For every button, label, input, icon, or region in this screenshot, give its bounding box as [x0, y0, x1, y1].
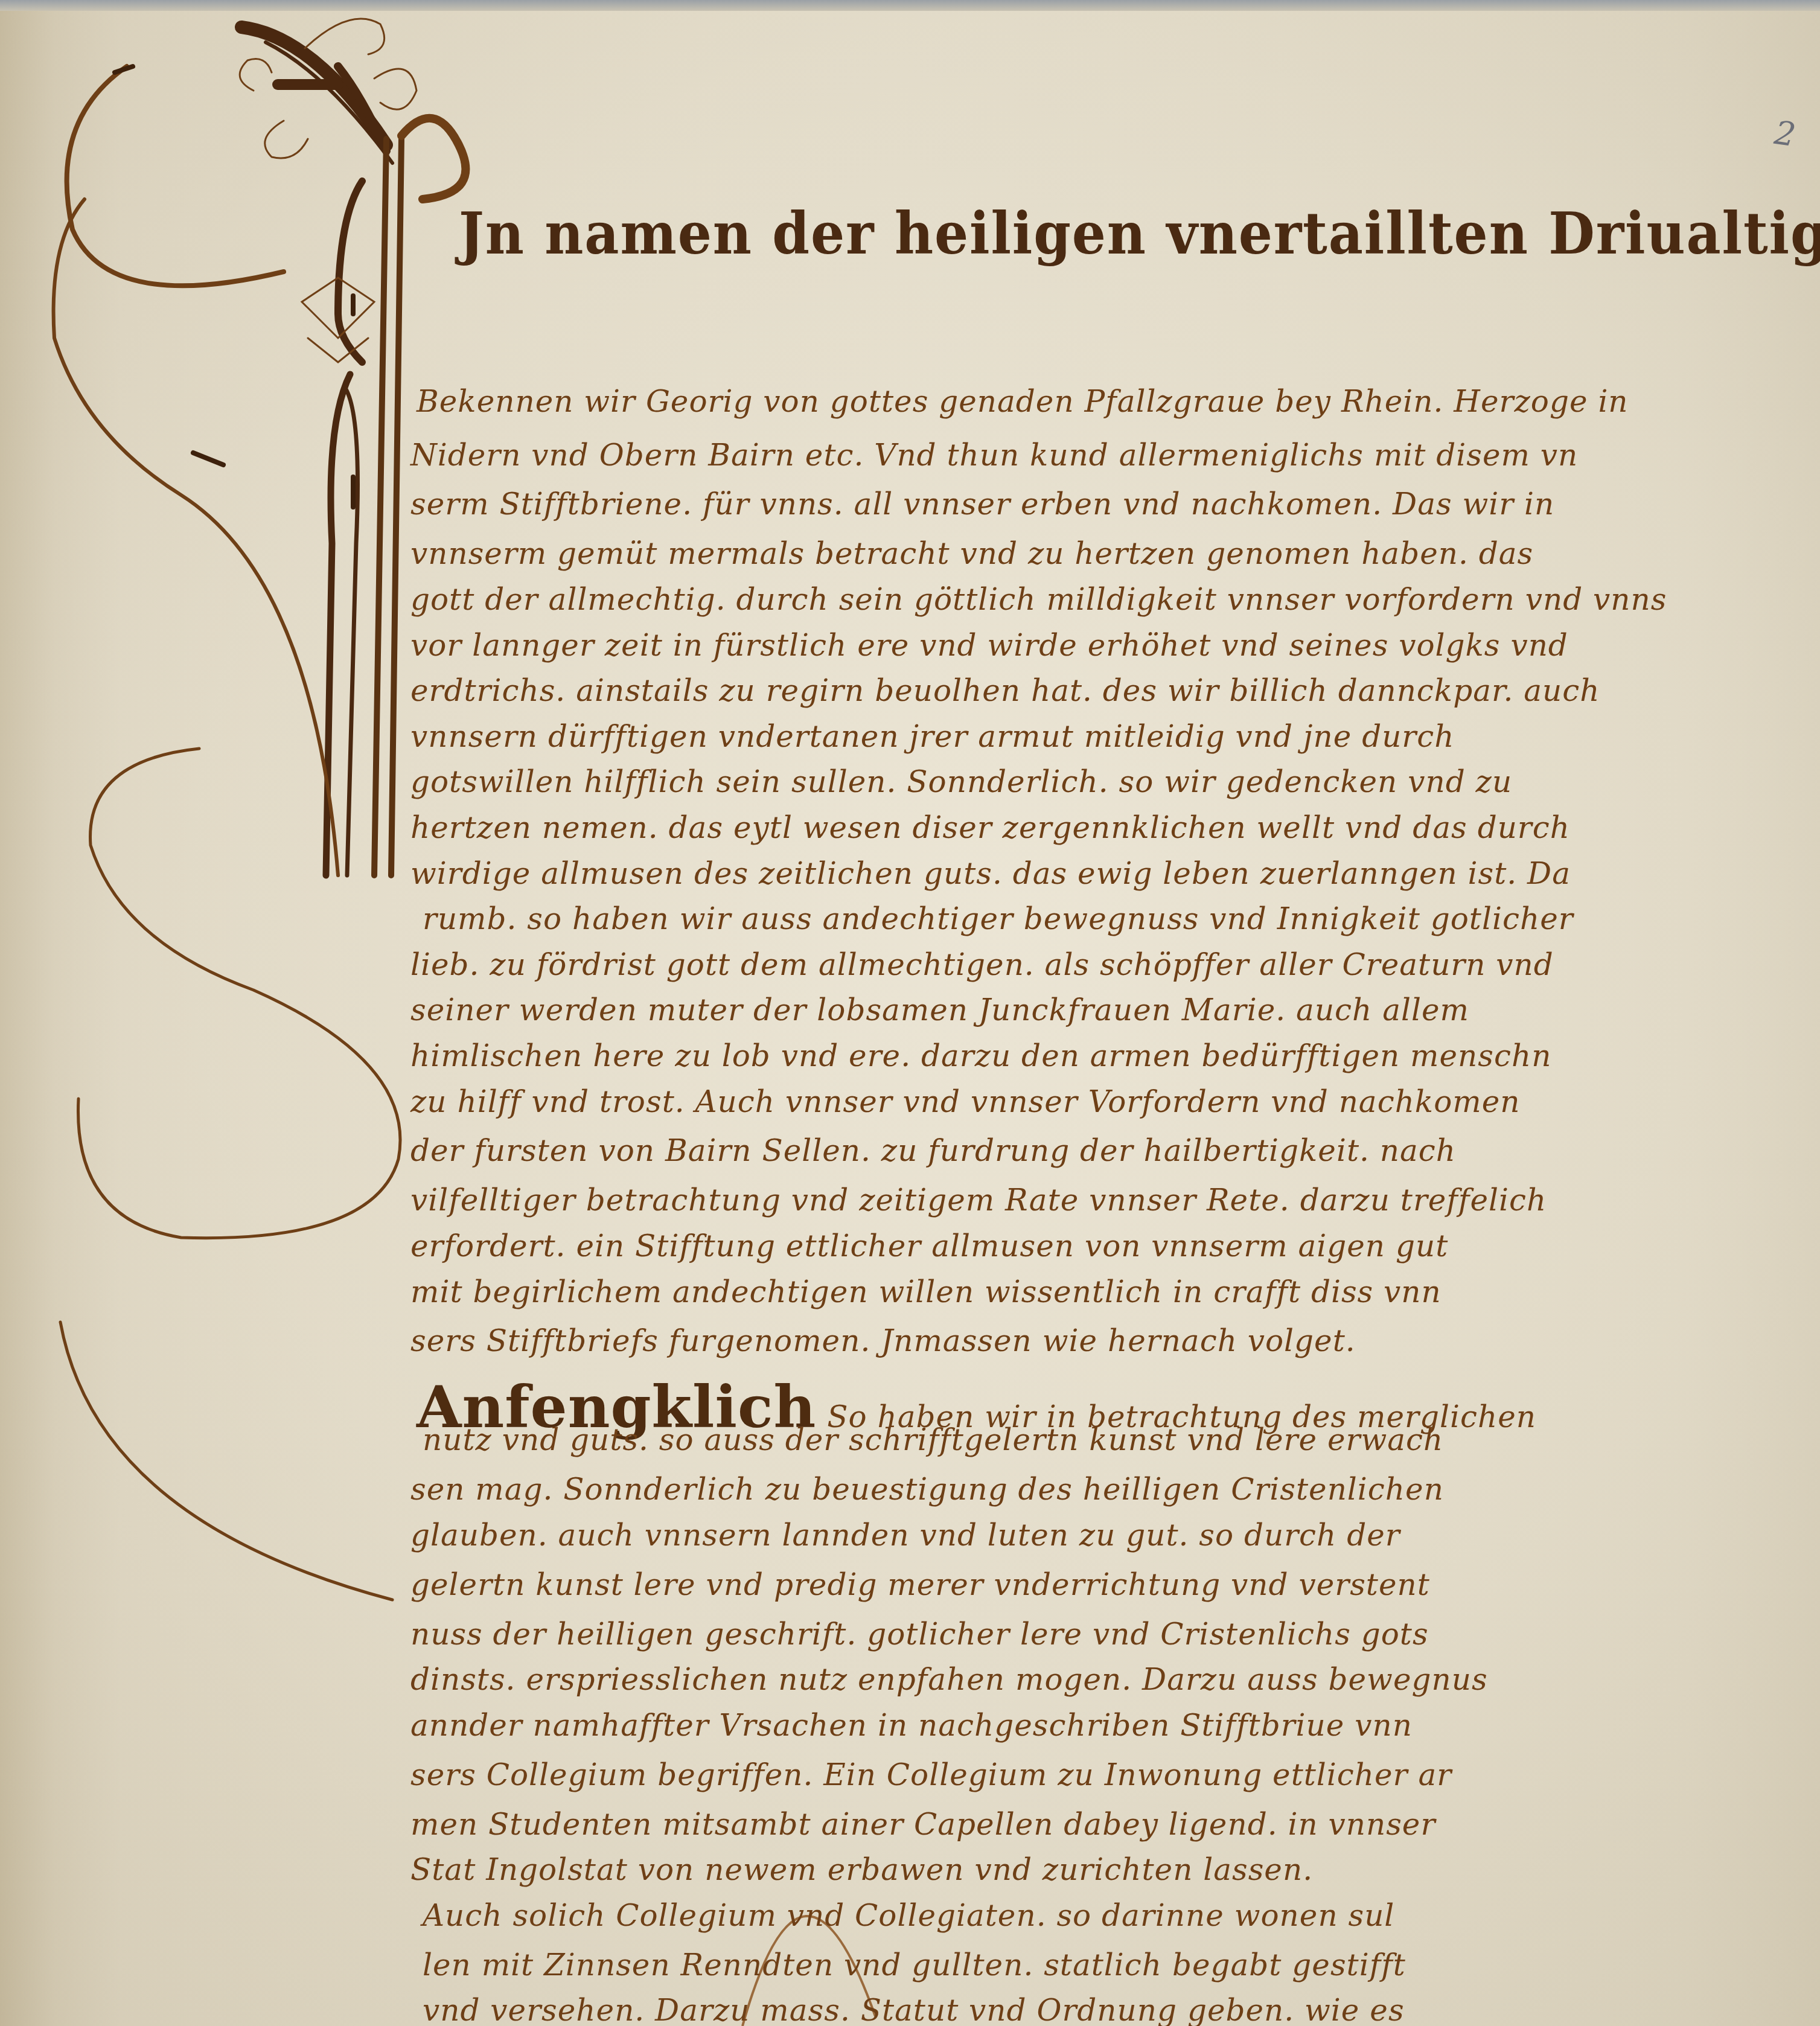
manuscript-line: hertzen nemen. das eytl wesen diser zerg…	[410, 810, 1570, 845]
manuscript-line: vnd versehen. Darzu mass. Statut vnd Ord…	[423, 1993, 1405, 2026]
manuscript-line: gott der allmechtig. durch sein göttlich…	[410, 582, 1667, 617]
manuscript-line: zu hilff vnd trost. Auch vnnser vnd vnns…	[410, 1084, 1520, 1119]
manuscript-line: nuss der heilligen geschrift. gotlicher …	[410, 1617, 1429, 1652]
manuscript-line: Stat Ingolstat von newem erbawen vnd zur…	[410, 1852, 1313, 1887]
manuscript-line: seiner werden muter der lobsamen Junckfr…	[410, 992, 1469, 1027]
manuscript-line: sers Stifftbriefs furgenomen. Jnmassen w…	[410, 1323, 1356, 1358]
manuscript-line: wirdige allmusen des zeitlichen guts. da…	[410, 856, 1571, 891]
manuscript-line: dinsts. erspriesslichen nutz enpfahen mo…	[410, 1662, 1488, 1697]
manuscript-line: gelertn kunst lere vnd predig merer vnde…	[410, 1567, 1430, 1602]
manuscript-line: mit begirlichem andechtigen willen wisse…	[410, 1274, 1442, 1309]
manuscript-line: annder namhaffter Vrsachen in nachgeschr…	[410, 1708, 1413, 1743]
manuscript-line: vor lannger zeit in fürstlich ere vnd wi…	[410, 628, 1568, 663]
manuscript-line: rumb. so haben wir auss andechtiger bewe…	[423, 901, 1574, 936]
manuscript-line: sen mag. Sonnderlich zu beuestigung des …	[410, 1472, 1444, 1507]
manuscript-line: men Studenten mitsambt ainer Capellen da…	[410, 1807, 1435, 1842]
manuscript-line: himlischen here zu lob vnd ere. darzu de…	[410, 1038, 1551, 1073]
document-title: Jn namen der heiligen vnertaillten Driua…	[459, 199, 1820, 267]
manuscript-line: lieb. zu fördrist gott dem allmechtigen.…	[410, 947, 1554, 982]
manuscript-line: erdtrichs. ainstails zu regirn beuolhen …	[410, 673, 1600, 708]
manuscript-line: erfordert. ein Stifftung ettlicher allmu…	[410, 1229, 1448, 1264]
manuscript-line: serm Stifftbriene. für vnns. all vnnser …	[410, 487, 1554, 522]
manuscript-line: glauben. auch vnnsern lannden vnd luten …	[410, 1518, 1400, 1553]
manuscript-line: vnnsern dürfftigen vndertanen jrer armut…	[410, 719, 1454, 754]
manuscript-line: nutz vnd guts. so auss der schrifftgeler…	[423, 1422, 1443, 1457]
manuscript-line: der fursten von Bairn Sellen. zu furdrun…	[410, 1133, 1456, 1168]
manuscript-line: vilfelltiger betrachtung vnd zeitigem Ra…	[410, 1183, 1547, 1218]
manuscript-line: gotswillen hilfflich sein sullen. Sonnde…	[410, 764, 1512, 799]
manuscript-line: sers Collegium begriffen. Ein Collegium …	[410, 1757, 1452, 1792]
manuscript-line: Bekennen wir Georig von gottes genaden P…	[417, 384, 1629, 419]
manuscript-line: len mit Zinnsen Renndten vnd gullten. st…	[423, 1948, 1406, 1983]
manuscript-line: vnnserm gemüt mermals betracht vnd zu he…	[410, 536, 1533, 571]
manuscript-line: Auch solich Collegium vnd Collegiaten. s…	[423, 1898, 1394, 1933]
manuscript-line: Nidern vnd Obern Bairn etc. Vnd thun kun…	[410, 438, 1578, 473]
manuscript-page: 2 Jn namen der heiligen vnertaillten Dri…	[0, 0, 1820, 2026]
